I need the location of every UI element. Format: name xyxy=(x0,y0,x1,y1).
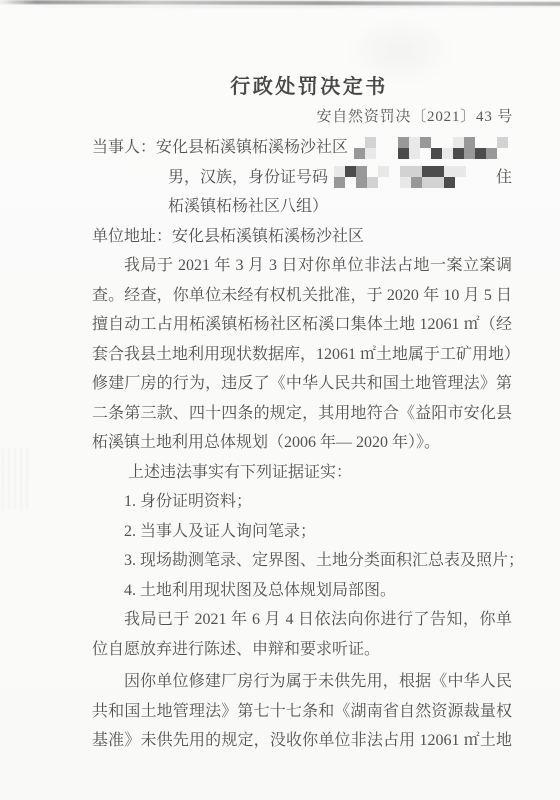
line-text: 4. 土地利用现状图及总体规划局部图。 xyxy=(124,576,396,606)
text-line: 修建厂房的行为，违反了《中华人民共和国土地管理法》第 xyxy=(92,369,512,399)
line-tail-text: 住 xyxy=(496,163,512,193)
scan-artifact-streak xyxy=(2,448,32,510)
line-text: 1. 身份证明资料； xyxy=(124,487,252,517)
text-line: 上述违法事实有下列证据证实： xyxy=(92,458,512,488)
line-text: 男，汉族，身份证号码 xyxy=(168,163,328,193)
redaction-mosaic xyxy=(354,137,512,159)
text-line: 套合我县土地利用现状数据库，12061 ㎡土地属于工矿用地） xyxy=(92,340,512,370)
text-line: 我局已于 2021 年 6 月 4 日依法向你进行了告知，你单 xyxy=(92,605,512,635)
text-line: 3. 现场勘测笔录、定界图、土地分类面积汇总表及照片； xyxy=(92,546,512,576)
line-text: 我局于 2021 年 3 月 3 日对你单位非法占地一案立案调 xyxy=(124,251,512,281)
document-title: 行政处罚决定书 xyxy=(29,70,560,99)
scanned-document-page: 行政处罚决定书 安自然资罚决〔2021〕43 号 当事人：安化县柘溪镇柘溪杨沙社… xyxy=(0,0,560,800)
line-text: 二条第三款、四十四条的规定，其用地符合《益阳市安化县 xyxy=(92,399,512,429)
line-text: 我局已于 2021 年 6 月 4 日依法向你进行了告知，你单 xyxy=(124,605,512,635)
text-line: 2. 当事人及证人询问笔录； xyxy=(92,517,512,547)
text-line: 男，汉族，身份证号码住 xyxy=(92,163,512,193)
redaction-mosaic xyxy=(334,166,466,188)
line-text: 上述违法事实有下列证据证实： xyxy=(128,458,352,488)
line-text: 柘溪镇柘杨社区八组） xyxy=(168,192,328,222)
text-line: 单位地址：安化县柘溪镇柘溪杨沙社区 xyxy=(92,222,512,252)
text-line: 因你单位修建厂房行为属于未供先用，根据《中华人民 xyxy=(92,667,512,697)
text-line: 查。经查，你单位未经有权机关批准，于 2020 年 10 月 5 日 xyxy=(92,281,512,311)
text-line: 当事人：安化县柘溪镇柘溪杨沙社区 xyxy=(92,133,512,163)
line-text: 套合我县土地利用现状数据库，12061 ㎡土地属于工矿用地） xyxy=(92,340,520,370)
line-text: 擅自动工占用柘溪镇柘杨社区柘溪口集体土地 12061 ㎡（经 xyxy=(92,310,512,340)
line-text: 3. 现场勘测笔录、定界图、土地分类面积汇总表及照片； xyxy=(124,546,524,576)
text-line: 4. 土地利用现状图及总体规划局部图。 xyxy=(92,576,512,606)
line-text: 修建厂房的行为，违反了《中华人民共和国土地管理法》第 xyxy=(92,369,512,399)
line-text: 2. 当事人及证人询问笔录； xyxy=(124,517,316,547)
line-text: 查。经查，你单位未经有权机关批准，于 2020 年 10 月 5 日 xyxy=(92,281,512,311)
text-line: 二条第三款、四十四条的规定，其用地符合《益阳市安化县 xyxy=(92,399,512,429)
text-line: 共和国土地管理法》第七十七条和《湖南省自然资源裁量权 xyxy=(92,697,512,727)
text-line: 位自愿放弃进行陈述、申辩和要求听证。 xyxy=(92,635,512,665)
text-line: 1. 身份证明资料； xyxy=(92,487,512,517)
document-number: 安自然资罚决〔2021〕43 号 xyxy=(316,105,513,126)
text-line: 柘溪镇土地利用总体规划（2006 年— 2020 年）》。 xyxy=(92,428,512,458)
text-line: 我局于 2021 年 3 月 3 日对你单位非法占地一案立案调 xyxy=(92,251,512,281)
line-text: 位自愿放弃进行陈述、申辩和要求听证。 xyxy=(92,635,380,665)
line-text: 当事人：安化县柘溪镇柘溪杨沙社区 xyxy=(92,133,348,163)
text-line: 柘溪镇柘杨社区八组） xyxy=(92,192,512,222)
line-text: 因你单位修建厂房行为属于未供先用，根据《中华人民 xyxy=(124,667,512,697)
line-text: 柘溪镇土地利用总体规划（2006 年— 2020 年）》。 xyxy=(92,428,440,458)
line-text: 共和国土地管理法》第七十七条和《湖南省自然资源裁量权 xyxy=(92,697,512,727)
line-text: 基准》未供先用的规定，没收你单位非法占用 12061 ㎡土地 xyxy=(92,726,512,756)
document-body: 当事人：安化县柘溪镇柘溪杨沙社区男，汉族，身份证号码住柘溪镇柘杨社区八组）单位地… xyxy=(92,133,512,756)
scan-artifact-top-shadow xyxy=(0,6,560,8)
text-line: 擅自动工占用柘溪镇柘杨社区柘溪口集体土地 12061 ㎡（经 xyxy=(92,310,512,340)
text-line: 基准》未供先用的规定，没收你单位非法占用 12061 ㎡土地 xyxy=(92,726,512,756)
line-text: 单位地址：安化县柘溪镇柘溪杨沙社区 xyxy=(92,222,364,252)
